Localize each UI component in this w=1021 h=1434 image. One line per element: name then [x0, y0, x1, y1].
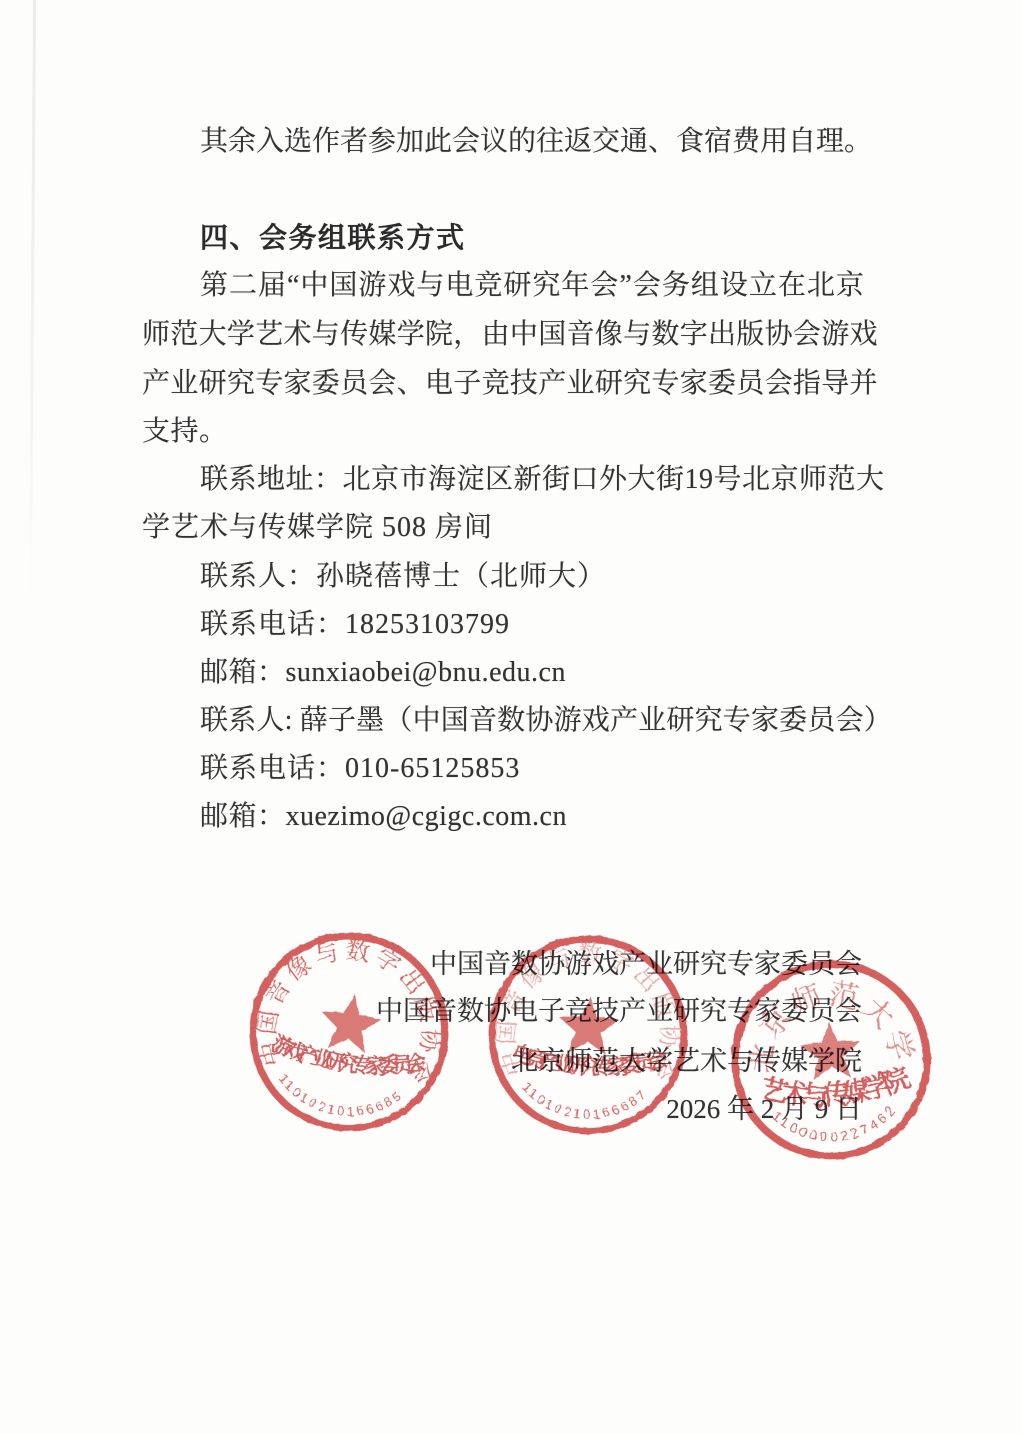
official-stamp-esports-committee: 中国音像与数字出版协会 电竞产业研究专家委员会 11010210166687 [478, 925, 699, 1146]
star-icon [557, 994, 621, 1055]
document-line: 第二届“中国游戏与电竞研究年会”会务组设立在北京 [200, 269, 865, 303]
official-stamp-gaming-committee: 中国音像与数字出版协会 游戏产业研究专家委员会 11010210166685 [230, 913, 467, 1150]
contact-person-line: 联系人: 薛子墨（中国音数协游戏产业研究专家委员会） [200, 704, 892, 738]
section-heading: 四、会务组联系方式 [200, 221, 466, 255]
official-stamp-bnu-school: 北京师范大学 艺术与传媒学院 1100000227462 [719, 948, 943, 1172]
document-line: 其余入选作者参加此会议的往返交通、食宿费用自理。 [200, 125, 872, 159]
contact-person-line: 联系人：孙晓蓓博士（北师大） [200, 560, 606, 594]
scanned-document-page: 其余入选作者参加此会议的往返交通、食宿费用自理。 四、会务组联系方式 第二届“中… [0, 0, 1021, 1434]
contact-phone-line: 联系电话：18253103799 [200, 608, 510, 642]
contact-phone-line: 联系电话：010-65125853 [200, 752, 520, 786]
star-icon [316, 989, 384, 1055]
scan-fold-artifact [29, 0, 36, 600]
document-line: 支持。 [142, 415, 228, 449]
contact-email-line: 邮箱：xuezimo@cgigc.com.cn [200, 800, 567, 834]
contact-address-line: 联系地址：北京市海淀区新街口外大街19号北京师范大 [200, 463, 885, 497]
document-line: 师范大学艺术与传媒学院，由中国音像与数字出版协会游戏 [142, 318, 878, 352]
document-line: 产业研究专家委员会、电子竞技产业研究专家委员会指导并 [142, 367, 878, 401]
contact-email-line: 邮箱：sunxiaobei@bnu.edu.cn [200, 656, 566, 690]
contact-address-line: 学艺术与传媒学院 508 房间 [142, 511, 493, 545]
star-icon [798, 1019, 863, 1081]
